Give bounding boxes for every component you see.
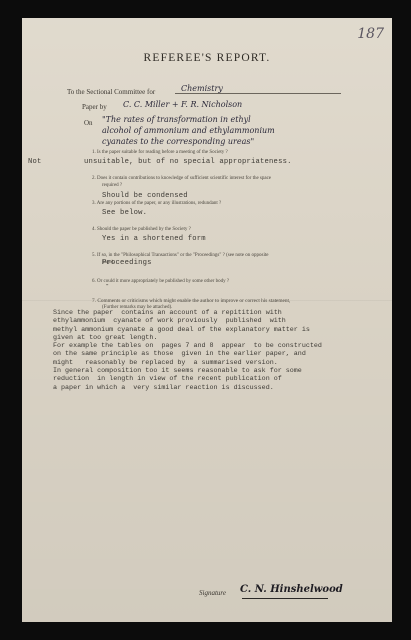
on-label: On [84, 119, 93, 127]
comment-line: For example the tables on pages 7 and 8 … [53, 342, 322, 350]
question-5: 5. If so, in the "Philosophical Transact… [92, 253, 268, 258]
question-4: 4. Should the paper be published by the … [92, 227, 191, 232]
signature-value: C. N. Hinshelwood [240, 584, 343, 595]
comment-line: a paper in which a very similar reaction… [53, 384, 322, 392]
signature-underline [242, 598, 328, 599]
answer-6: - [105, 282, 110, 290]
title-line-3: cyanates to the corresponding ureas" [102, 137, 254, 146]
comments-block: Since the paper contains an account of a… [53, 309, 322, 392]
referee-report-page: 187 REFEREE'S REPORT. To the Sectional C… [22, 18, 392, 622]
comment-line: given at too great length. [53, 334, 322, 342]
answer-4: Yes in a shortened form [102, 235, 206, 243]
title-line-2: alcohol of ammonium and ethylammonium [102, 126, 275, 135]
committee-value: Chemistry [175, 84, 341, 94]
comment-line: methyl ammonium cyanate a good deal of t… [53, 326, 322, 334]
page-title: REFEREE'S REPORT. [22, 52, 392, 64]
comment-line: on the same principle as those given in … [53, 350, 322, 358]
title-line-1: "The rates of transformation in ethyl [102, 115, 251, 124]
comment-line: might reasonably be replaced by a summar… [53, 359, 322, 367]
answer-1-prefix: Not [28, 158, 42, 166]
comment-line: ethylammonium cyanate of work proviously… [53, 317, 322, 325]
question-3: 3. Are any portions of the paper, or any… [92, 201, 221, 206]
answer-1: unsuitable, but of no special appropriat… [84, 158, 292, 166]
question-1: 1. Is the paper suitable for reading bef… [92, 150, 228, 155]
question-6: 6. Or could it more appropriately be pub… [92, 279, 229, 284]
question-2: 2. Does it contain contributions to know… [92, 176, 271, 181]
folio-number: 187 [357, 26, 384, 42]
signature-label: Signature [199, 589, 226, 597]
comment-line: Since the paper contains an account of a… [53, 309, 322, 317]
paper-by-value: C. C. Miller + F. R. Nicholson [123, 100, 242, 109]
question-2-cont: required ? [102, 183, 122, 188]
comment-line: reduction in length in view of the recen… [53, 375, 322, 383]
answer-2: Should be condensed [102, 192, 188, 200]
answer-5: Proceedings [102, 259, 152, 267]
question-7: 7. Comments or criticisms which might en… [92, 298, 290, 304]
comment-line: In general composition too it seems reas… [53, 367, 322, 375]
committee-label: To the Sectional Committee for [67, 88, 155, 96]
paper-by-label: Paper by [82, 103, 107, 111]
answer-3: See below. [102, 209, 147, 217]
